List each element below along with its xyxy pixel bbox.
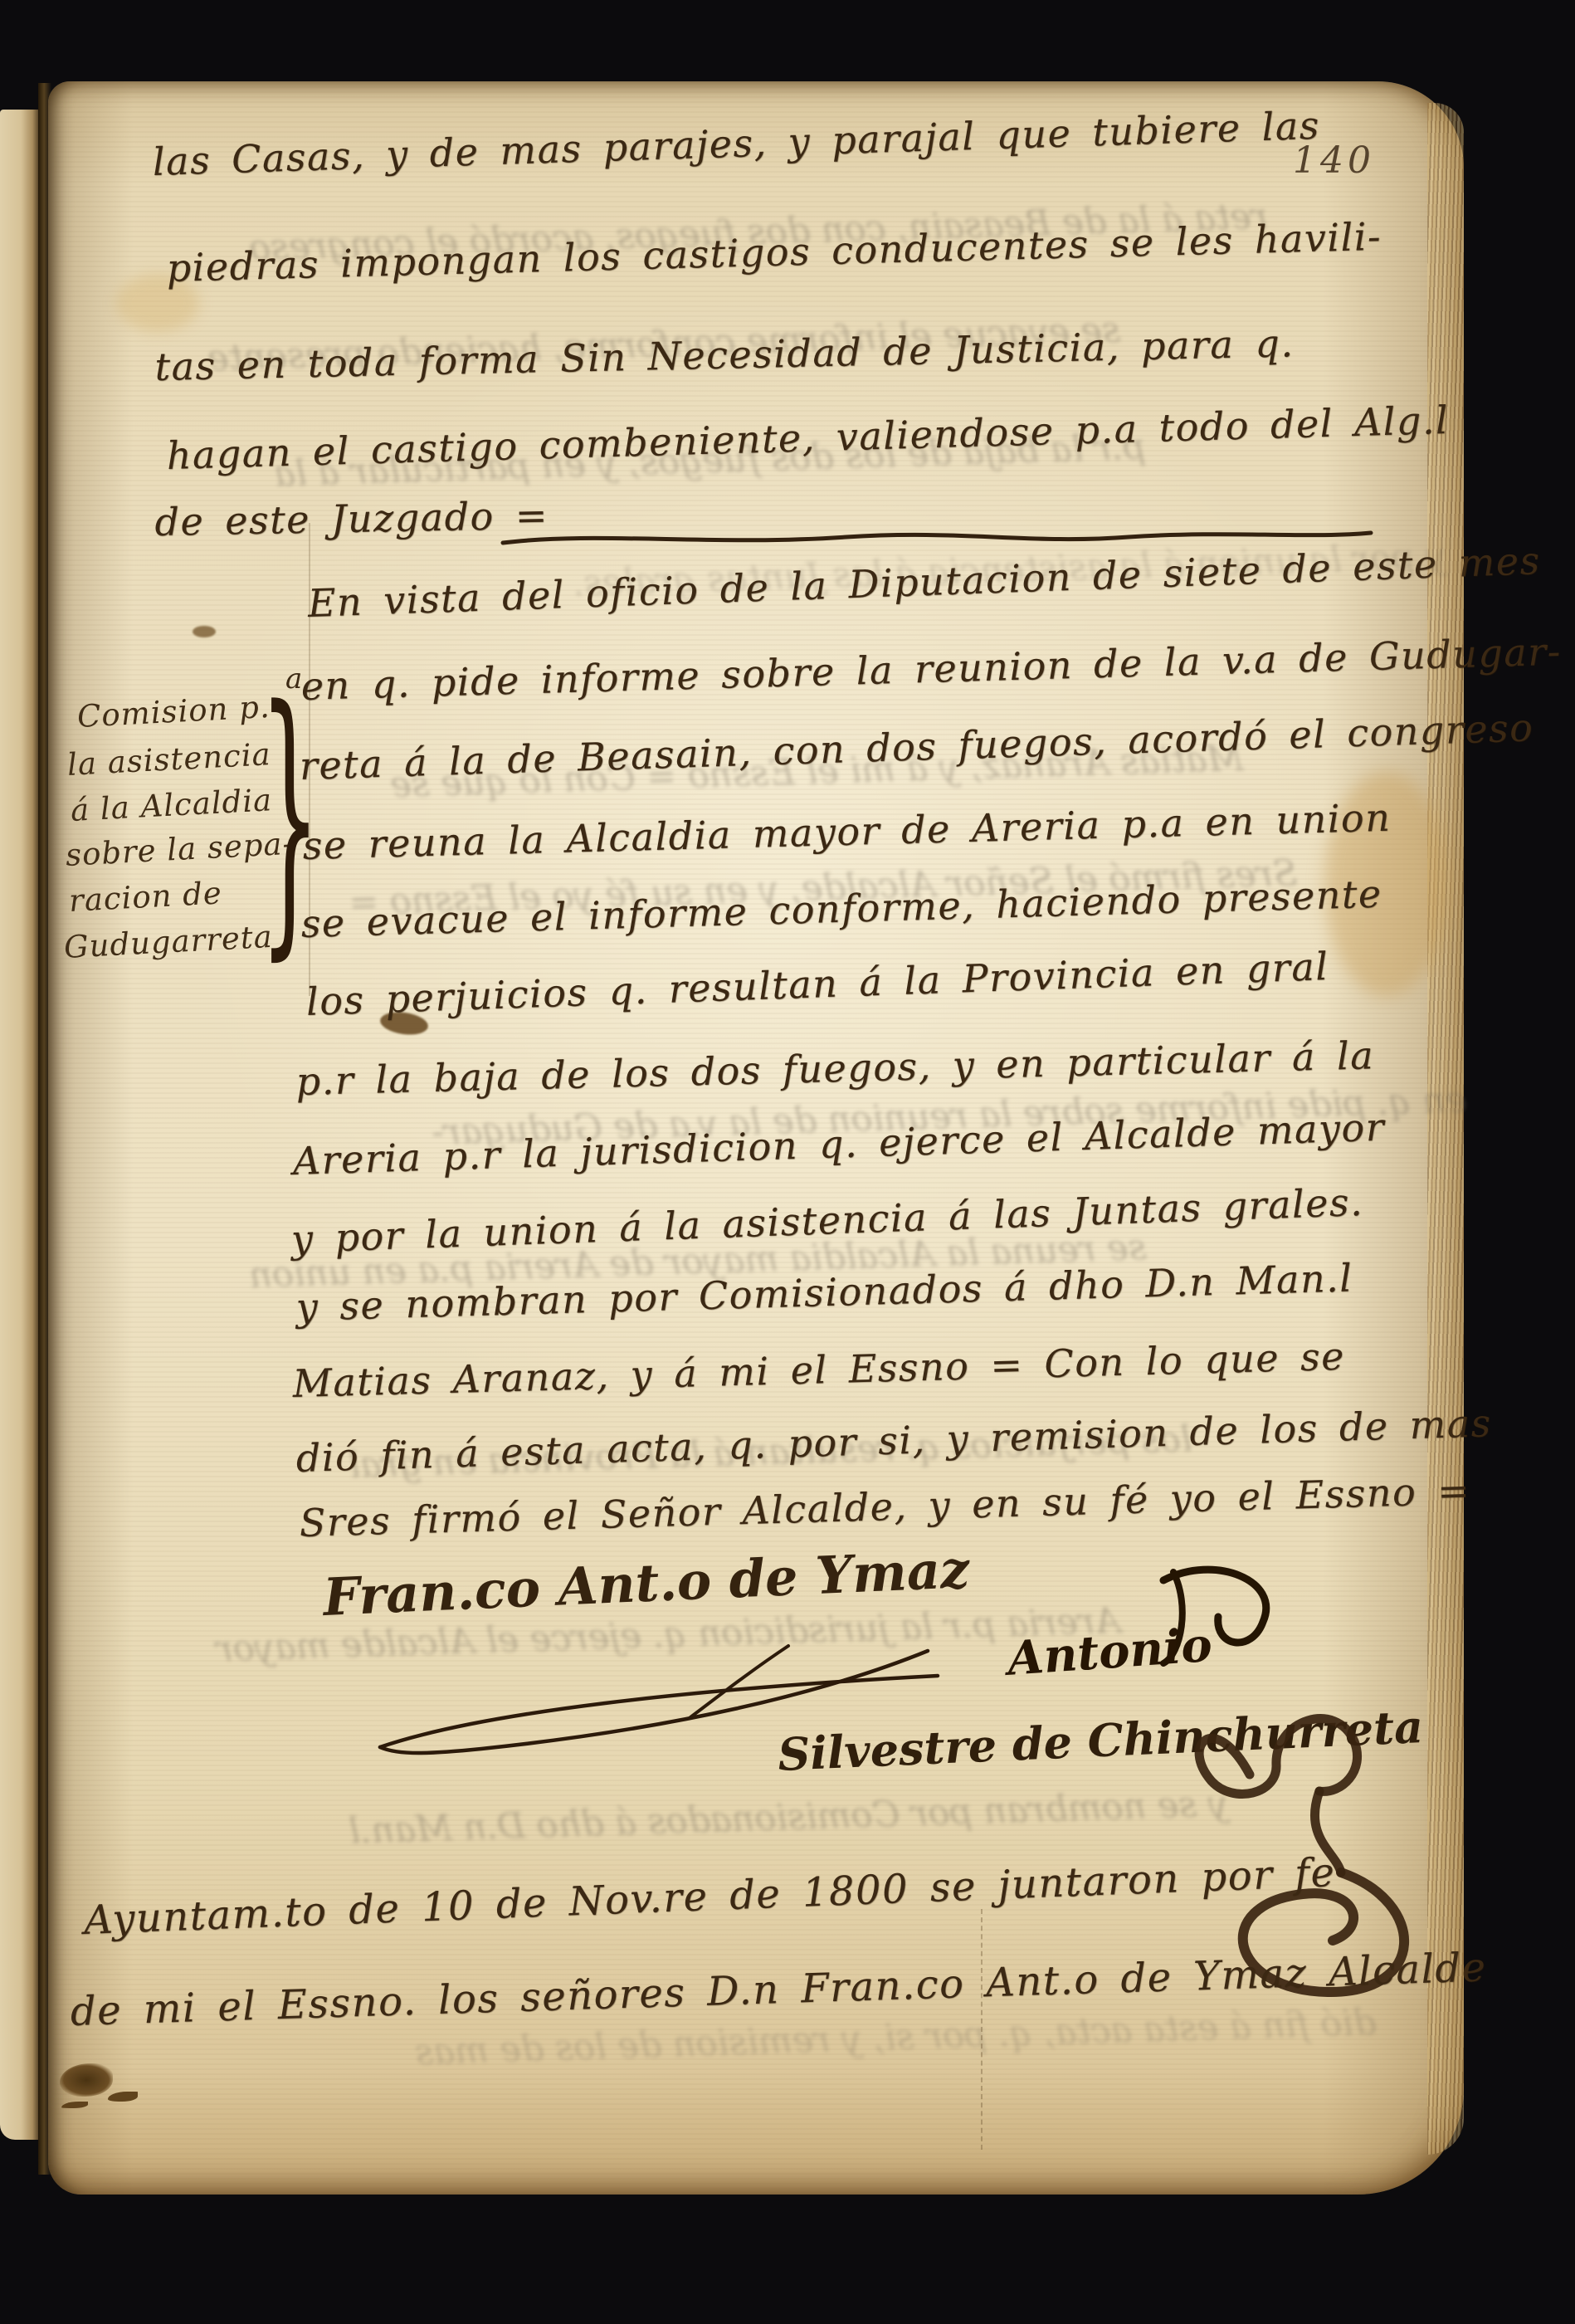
manuscript-line: de este Juzgado = bbox=[154, 493, 549, 544]
adjacent-page-edge bbox=[0, 110, 38, 2140]
paper-crease bbox=[981, 1909, 983, 2150]
manuscript-scan: reta á la de Beasain, con dos fuegos, ac… bbox=[0, 0, 1575, 2324]
